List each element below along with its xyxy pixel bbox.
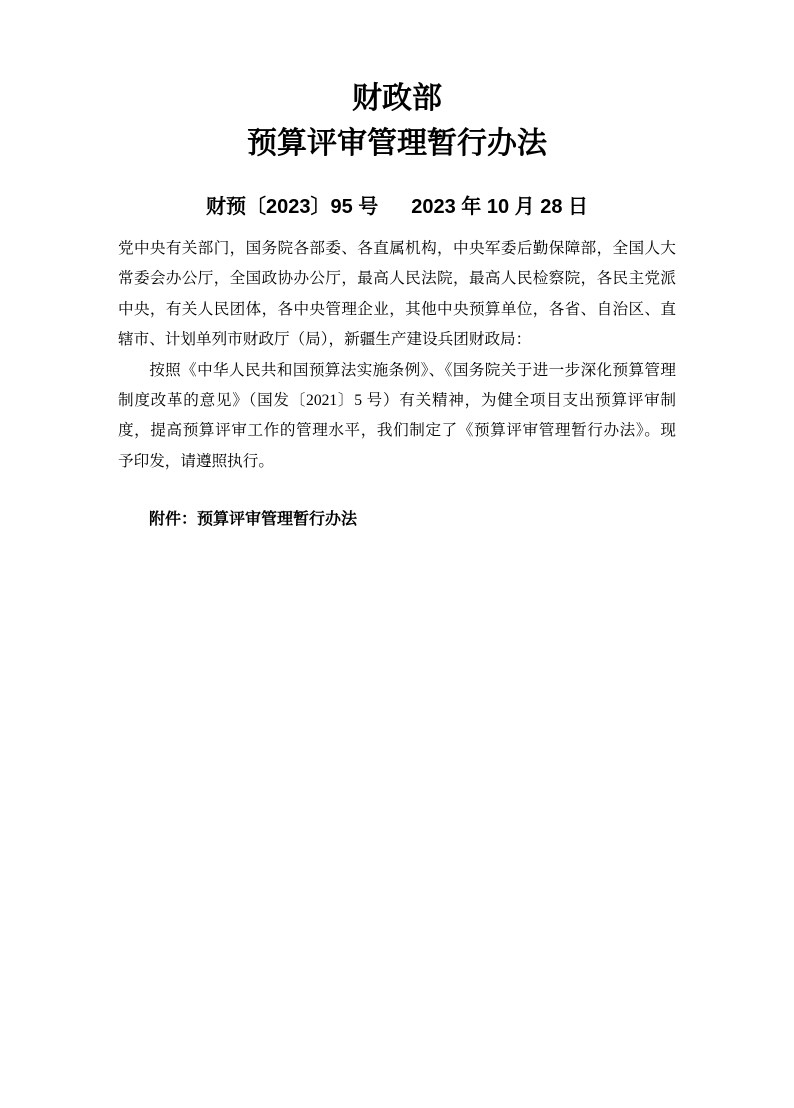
attachment-note: 附件：预算评审管理暂行办法	[118, 505, 676, 535]
body-line-4: 予印发，请遵照执行。	[118, 447, 676, 477]
body-line-2: 制度改革的意见》（国发〔2021〕5 号）有关精神，为健全项目支出预算评审制	[118, 386, 676, 416]
doc-number: 财预〔2023〕95 号	[206, 196, 378, 218]
document-body: 党中央有关部门，国务院各部委、各直属机构，中央军委后勤保障部，全国人大 常委会办…	[118, 234, 676, 535]
body-line-1: 按照《中华人民共和国预算法实施条例》、《国务院关于进一步深化预算管理	[118, 356, 676, 386]
doc-date: 2023 年 10 月 28 日	[411, 196, 588, 218]
recipients-line-2: 常委会办公厅，全国政协办公厅，最高人民法院，最高人民检察院，各民主党派	[118, 264, 676, 294]
recipients-line-1: 党中央有关部门，国务院各部委、各直属机构，中央军委后勤保障部，全国人大	[118, 234, 676, 264]
body-line-3: 度，提高预算评审工作的管理水平，我们制定了《预算评审管理暂行办法》。现	[118, 416, 676, 446]
document-page: 财政部 预算评审管理暂行办法 财预〔2023〕95 号2023 年 10 月 2…	[0, 0, 794, 1108]
recipients-line-4: 辖市、计划单列市财政厅（局），新疆生产建设兵团财政局：	[118, 325, 676, 355]
recipients-line-3: 中央，有关人民团体，各中央管理企业，其他中央预算单位，各省、自治区、直	[118, 295, 676, 325]
document-subtitle: 预算评审管理暂行办法	[0, 121, 794, 166]
document-header: 财政部 预算评审管理暂行办法	[0, 0, 794, 166]
document-title: 财政部	[0, 76, 794, 121]
doc-meta-line: 财预〔2023〕95 号2023 年 10 月 28 日	[0, 194, 794, 220]
